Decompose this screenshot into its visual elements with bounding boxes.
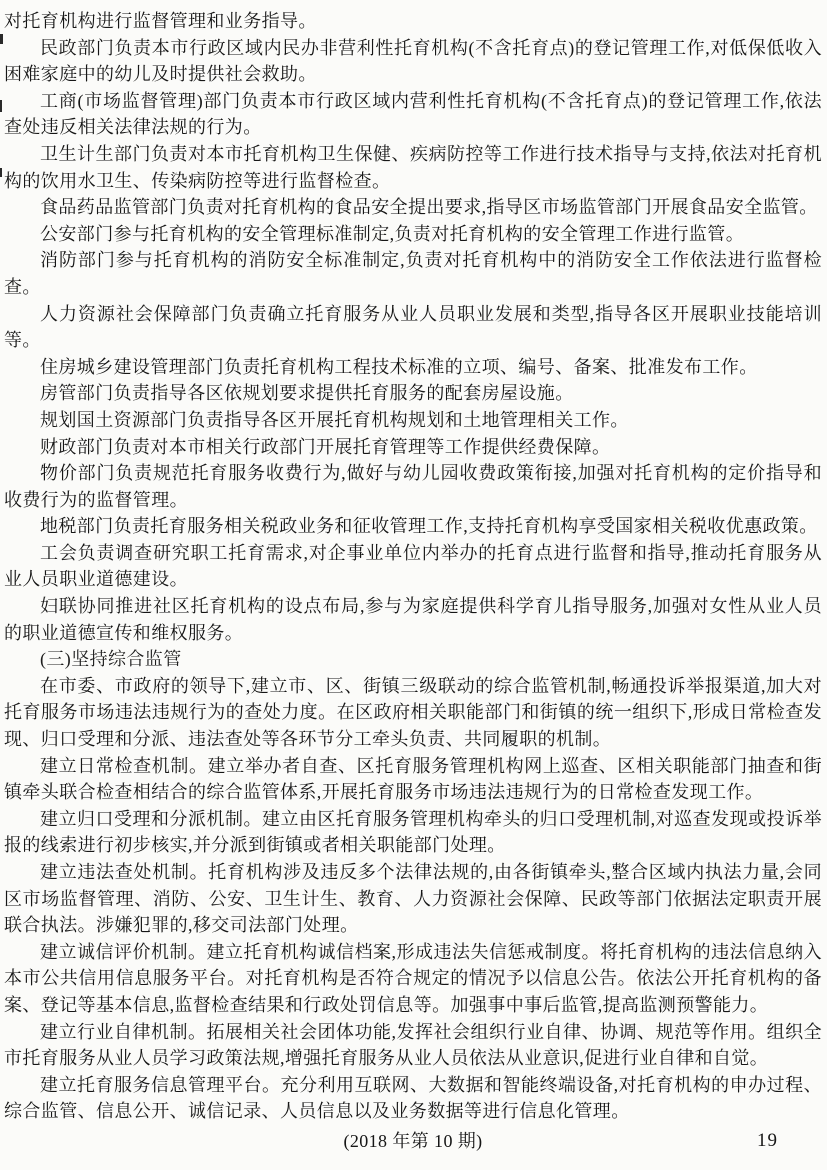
body-paragraph: 食品药品监管部门负责对托育机构的食品安全提出要求,指导区市场监管部门开展食品安全… [4,194,822,221]
document-body: 对托育机构进行监督管理和业务指导。 民政部门负责本市行政区域内民办非营利性托育机… [4,8,822,1125]
body-paragraph: 地税部门负责托育服务相关税政业务和征收管理工作,支持托育机构享受国家相关税收优惠… [4,513,822,540]
continuation-paragraph: 对托育机构进行监督管理和业务指导。 [4,8,822,35]
body-paragraph: 物价部门负责规范托育服务收费行为,做好与幼儿园收费政策衔接,加强对托育机构的定价… [4,460,822,513]
body-paragraph: 建立诚信评价机制。建立托育机构诚信档案,形成违法失信惩戒制度。将托育机构的违法信… [4,939,822,1019]
body-paragraph: 房管部门负责指导各区依规划要求提供托育服务的配套房屋设施。 [4,380,822,407]
body-paragraph: 建立行业自律机制。拓展相关社会团体功能,发挥社会组织行业自律、协调、规范等作用。… [4,1019,822,1072]
body-paragraph: 公安部门参与托育机构的安全管理标准制定,负责对托育机构的安全管理工作进行监管。 [4,221,822,248]
body-paragraph: 住房城乡建设管理部门负责托育机构工程技术标准的立项、编号、备案、批准发布工作。 [4,354,822,381]
body-paragraph: 建立归口受理和分派机制。建立由区托育服务管理机构牵头的归口受理机制,对巡查发现或… [4,806,822,859]
body-paragraph: 妇联协同推进社区托育机构的设点布局,参与为家庭提供科学育儿指导服务,加强对女性从… [4,593,822,646]
scanned-document-page: 对托育机构进行监督管理和业务指导。 民政部门负责本市行政区域内民办非营利性托育机… [0,0,827,1170]
body-paragraph: 规划国土资源部门负责指导各区开展托育机构规划和土地管理相关工作。 [4,407,822,434]
body-paragraph: 消防部门参与托育机构的消防安全标准制定,负责对托育机构中的消防安全工作依法进行监… [4,247,822,300]
body-paragraph: 建立违法查处机制。托育机构涉及违反多个法律法规的,由各街镇牵头,整合区域内执法力… [4,859,822,939]
page-number: 19 [757,1128,778,1155]
issue-label: (2018 年第 10 期) [343,1131,482,1151]
body-paragraph: 建立日常检查机制。建立举办者自查、区托育服务管理机构网上巡查、区相关职能部门抽查… [4,753,822,806]
body-paragraph: 在市委、市政府的领导下,建立市、区、街镇三级联动的综合监管机制,畅通投诉举报渠道… [4,673,822,753]
body-paragraph: 卫生计生部门负责对本市托育机构卫生保健、疾病防控等工作进行技术指导与支持,依法对… [4,141,822,194]
section-heading: (三)坚持综合监管 [4,646,822,673]
page-footer: (2018 年第 10 期) 19 [4,1128,822,1155]
scan-artifact [0,34,3,44]
body-paragraph: 工商(市场监督管理)部门负责本市行政区域内营利性托育机构(不含托育点)的登记管理… [4,88,822,141]
body-paragraph: 人力资源社会保障部门负责确立托育服务从业人员职业发展和类型,指导各区开展职业技能… [4,301,822,354]
scan-artifact [0,168,2,177]
body-paragraph: 建立托育服务信息管理平台。充分利用互联网、大数据和智能终端设备,对托育机构的申办… [4,1072,822,1125]
scan-artifact [0,100,2,112]
body-paragraph: 民政部门负责本市行政区域内民办非营利性托育机构(不含托育点)的登记管理工作,对低… [4,35,822,88]
body-paragraph: 财政部门负责对本市相关行政部门开展托育管理等工作提供经费保障。 [4,434,822,461]
body-paragraph: 工会负责调查研究职工托育需求,对企事业单位内举办的托育点进行监督和指导,推动托育… [4,540,822,593]
